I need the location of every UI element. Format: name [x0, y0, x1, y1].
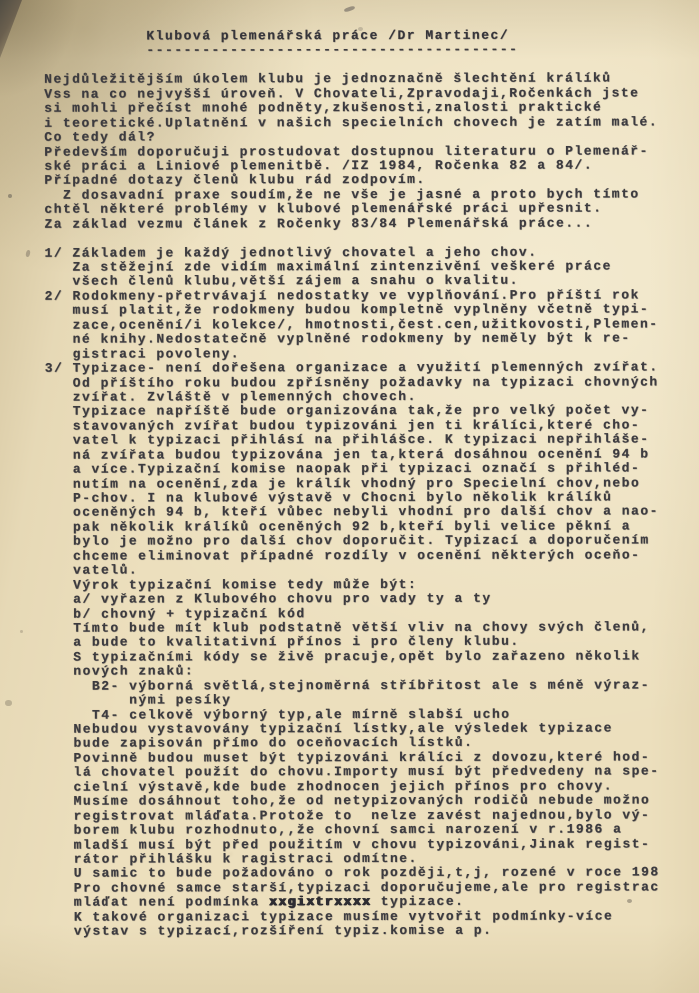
text-line: výstav s typizací,rozšíření typiz.komise…: [46, 923, 699, 939]
scanned-document-page: Klubová plemenářská práce /Dr Martinec/ …: [0, 0, 699, 993]
text-line: a/ vyřazen z Klubového chovu pro vady ty…: [45, 591, 699, 607]
text-line: B2- výborná světlá,stejnoměrná stříbřito…: [45, 678, 699, 694]
pencil-mark: [8, 194, 12, 198]
pencil-mark: [25, 250, 31, 258]
pencil-mark: [344, 5, 356, 12]
text-line: S typizačními kódy se živě pracuje,opět …: [45, 649, 699, 665]
text-line: i teoretické.Uplatnění v našich specieln…: [44, 115, 699, 131]
page-corner-fold: [0, 0, 22, 58]
text-line: chtěl některé problémy v klubové plemená…: [44, 202, 699, 218]
text-segment: typizace.: [371, 894, 464, 909]
text-line: [44, 230, 699, 246]
paper-speck: [20, 630, 23, 633]
text-line: né knihy.Nedostatečně vyplněné rodokmeny…: [45, 331, 699, 347]
text-line: vatelů.: [45, 562, 699, 578]
text-line: ----------------------------------------: [44, 43, 699, 59]
text-line: Za základ vezmu článek z Ročenky 83/84 P…: [44, 216, 699, 232]
overstruck-text: xxgixtrxxxx: [269, 894, 371, 909]
text-line: chceme eliminovat případné rozdíly v oce…: [45, 548, 699, 564]
text-segment: mláďat není podmínka: [46, 894, 269, 909]
text-line: nými pesíky: [45, 692, 699, 708]
document-lines: Klubová plemenářská práce /Dr Martinec/ …: [44, 28, 699, 939]
pencil-mark: [5, 700, 12, 706]
